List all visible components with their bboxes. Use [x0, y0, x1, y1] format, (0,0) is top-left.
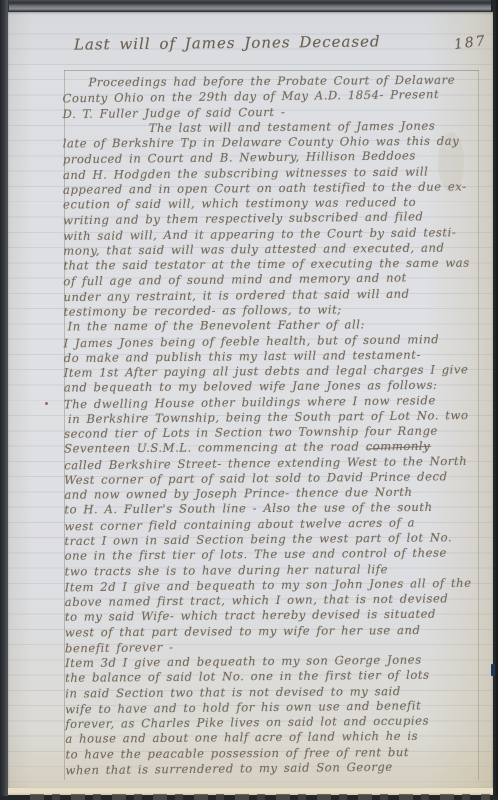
- ink-speck: [45, 402, 48, 405]
- ledger-page: Last will of James Jones Deceased 187 Pr…: [8, 12, 493, 788]
- struck-word: commonly: [366, 439, 431, 453]
- header-rule-line: [64, 70, 479, 71]
- binding-mark: [491, 664, 495, 676]
- manuscript-text: Proceedings had before the Probate Court…: [62, 73, 481, 777]
- page-title: Last will of James Jones Deceased: [74, 32, 381, 53]
- next-page-glimpse: [30, 794, 490, 800]
- scanned-ledger-photo: Last will of James Jones Deceased 187 Pr…: [0, 0, 498, 800]
